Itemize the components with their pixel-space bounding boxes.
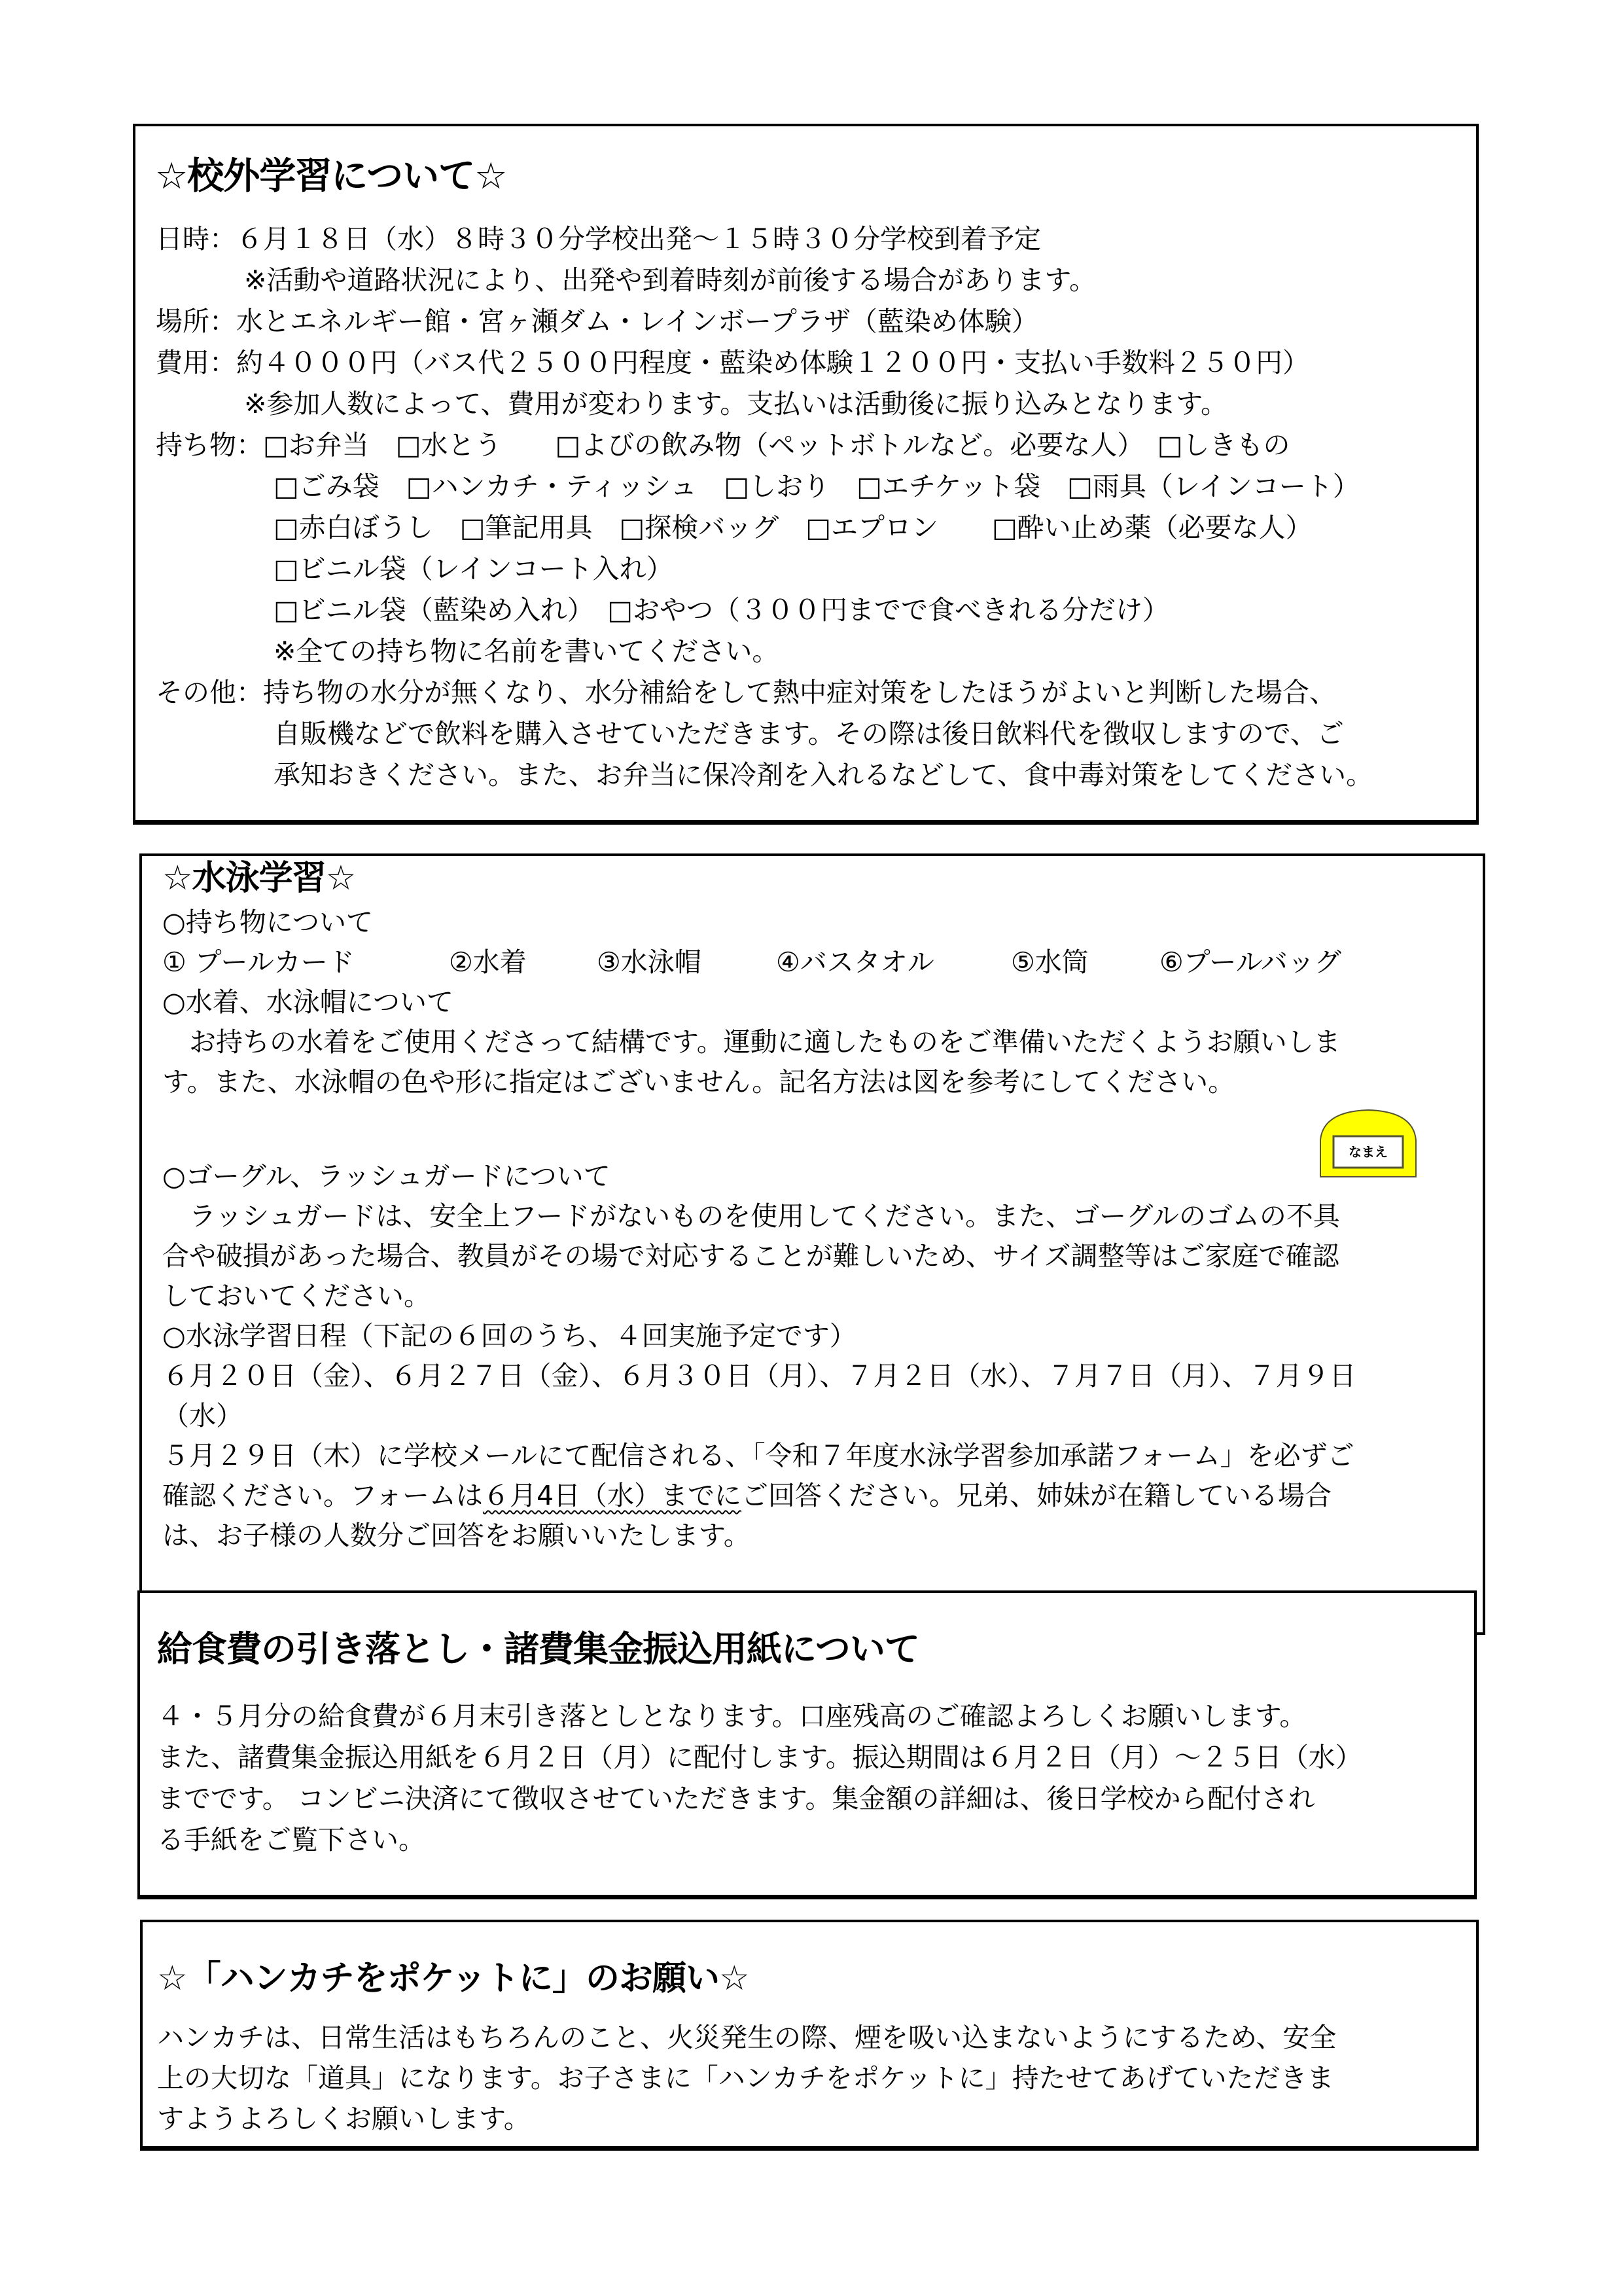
swim-cap-name-label: なまえ: [1335, 1138, 1402, 1166]
swimwear-line-2: す。また、水泳帽の色や形に指定はございません。記名方法は図を参考にしてください。: [162, 1066, 1235, 1098]
field-trip-cost: 費用：約４０００円（バス代２５００円程度・藍染め体験１２００円・支払い手数料２５…: [156, 346, 1309, 379]
field-trip-other-line-3: 承知おきください。また、お弁当に保冷剤を入れるなどして、食中毒対策をしてください…: [274, 759, 1373, 791]
handkerchief-title: ☆「ハンカチをポケットに」のお願い☆: [157, 1959, 749, 1998]
swimming-title: ☆水泳学習☆: [162, 859, 355, 898]
swim-cap-illustration: なまえ: [1316, 1107, 1420, 1179]
goggles-line-1: ラッシュガードは、安全上フードがないものを使用してください。また、ゴーグルのゴム…: [162, 1200, 1340, 1232]
field-trip-cost-note: ※参加人数によって、費用が変わります。支払いは活動後に振り込みとなります。: [244, 387, 1227, 420]
form-notice-line-1: ５月２９日（木）に学校メールにて配信される、「令和７年度水泳学習参加承諾フォーム…: [162, 1439, 1354, 1472]
field-trip-place: 場所：水とエネルギー館・宮ヶ瀬ダム・レインボープラザ（藍染め体験）: [156, 305, 1038, 338]
goggles-line-3: しておいてください。: [162, 1280, 431, 1312]
field-trip-date-note: ※活動や道路状況により、出発や到着時刻が前後する場合があります。: [244, 264, 1096, 296]
lunch-fee-line-1: ４・５月分の給食費が６月末引き落としとなります。口座残高のご確認よろしくお願いし…: [157, 1700, 1306, 1732]
schedule-dates-line-2: （水）: [162, 1399, 243, 1432]
swimming-item-3: ③水泳帽: [597, 946, 701, 978]
lunch-fee-line-2: また、諸費集金振込用紙を６月２日（月）に配付します。振込期間は６月２日（月）～２…: [157, 1741, 1362, 1774]
form-notice-post: ご回答ください。兄弟、姉妹が在籍している場合: [741, 1480, 1332, 1511]
field-trip-date: 日時：６月１８日（水）８時３０分学校出発～１５時３０分学校到着予定: [156, 223, 1041, 255]
lunch-fee-line-4: る手紙をご覧下さい。: [157, 1823, 425, 1856]
field-trip-items-line-5: □ビニル袋（藍染め入れ） □おやつ（３００円までで食べきれる分だけ）: [274, 594, 1169, 626]
swimwear-heading: ○水着、水泳帽について: [162, 986, 453, 1018]
field-trip-other-line-2: 自販機などで飲料を購入させていただきます。その際は後日飲料代を徴収しますので、ご: [274, 717, 1344, 750]
form-notice-line-3: は、お子様の人数分ご回答をお願いいたします。: [162, 1519, 750, 1552]
field-trip-items-note: ※全ての持ち物に名前を書いてください。: [274, 635, 779, 668]
swimming-item-1: ① プールカード: [162, 946, 355, 978]
lunch-fee-title: 給食費の引き落とし・諸費集金振込用紙について: [157, 1630, 919, 1669]
field-trip-items-line-4: □ビニル袋（レインコート入れ）: [274, 552, 673, 585]
field-trip-items-line-1: 持ち物：□お弁当 □水とう □よびの飲み物（ペットボトルなど。必要な人） □しき…: [156, 429, 1290, 461]
swimming-item-2: ②水着: [449, 946, 527, 978]
lunch-fee-line-3: までです。 コンビニ決済にて徴収させていただきます。集金額の詳細は、後日学校から…: [157, 1782, 1315, 1815]
swimming-item-6: ⑥プールバッグ: [1159, 946, 1341, 978]
schedule-dates-line-1: ６月２０日（金）、６月２７日（金）、６月３０日（月）、７月２日（水）、７月７日（…: [162, 1359, 1356, 1392]
field-trip-items-line-3: □赤白ぼうし □筆記用具 □探検バッグ □エプロン □酔い止め薬（必要な人）: [274, 511, 1313, 544]
field-trip-other-line-1: その他：持ち物の水分が無くなり、水分補給をして熱中症対策をしたほうがよいと判断し…: [156, 676, 1336, 709]
swimming-items-heading: ○持ち物について: [162, 906, 373, 939]
swimming-item-5: ⑤水筒: [1011, 946, 1089, 978]
swimwear-line-1: お持ちの水着をご使用くださって結構です。運動に適したものをご準備いただくようお願…: [162, 1026, 1341, 1058]
handkerchief-line-2: 上の大切な「道具」になります。お子さまに「ハンカチをポケットに」持たせてあげてい…: [157, 2062, 1334, 2094]
form-notice-pre: 確認ください。フォームは: [162, 1480, 483, 1511]
swimming-item-4: ④バスタオル: [776, 946, 934, 978]
field-trip-title: ☆校外学習について☆: [155, 157, 506, 196]
goggles-heading: ○ゴーグル、ラッシュガードについて: [162, 1160, 610, 1193]
schedule-heading: ○水泳学習日程（下記の６回のうち、４回実施予定です）: [162, 1319, 856, 1352]
handkerchief-line-3: すようよろしくお願いします。: [157, 2102, 531, 2135]
form-deadline-emphasis: ６月4日（水）までに: [483, 1480, 741, 1511]
field-trip-items-line-2: □ごみ袋 □ハンカチ・ティッシュ □しおり □エチケット袋 □雨具（レインコート…: [274, 470, 1360, 503]
form-notice-line-2: 確認ください。フォームは６月4日（水）までにご回答ください。兄弟、姉妹が在籍して…: [162, 1479, 1332, 1512]
handkerchief-line-1: ハンカチは、日常生活はもちろんのこと、火災発生の際、煙を吸い込まないようにするた…: [157, 2021, 1336, 2054]
goggles-line-2: 合や破損があった場合、教員がその場で対応することが難しいため、サイズ調整等はご家…: [162, 1240, 1339, 1272]
